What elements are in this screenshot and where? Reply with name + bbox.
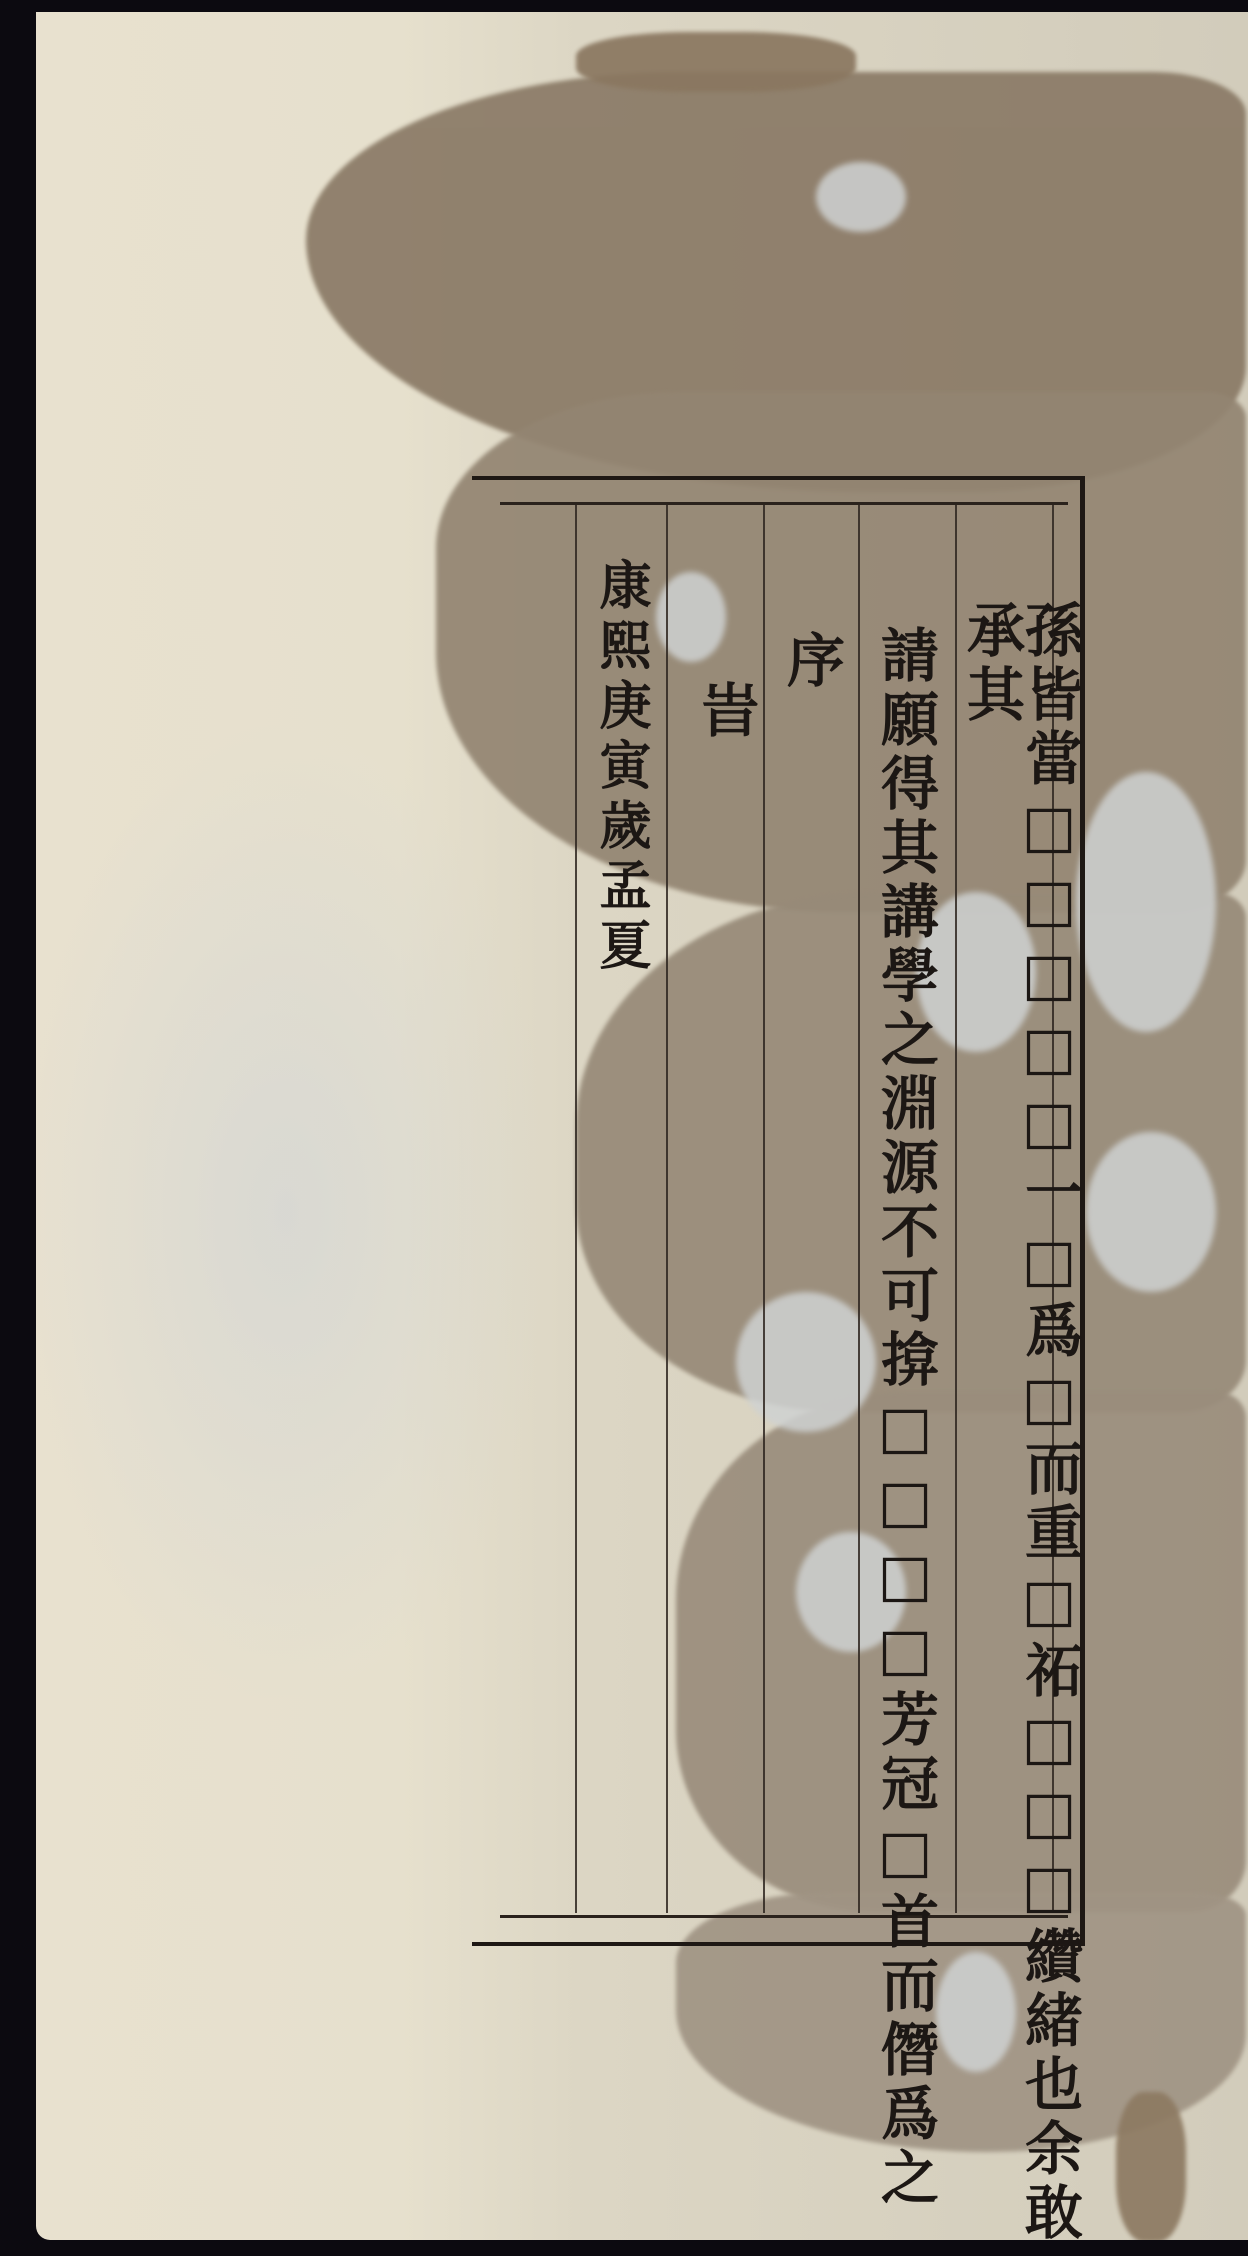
text-column-2: 請願得其講學之淵源不可揜□□□□芳冠□首而僭爲之 bbox=[876, 625, 934, 2211]
stain-blotch bbox=[1076, 772, 1216, 1032]
stain-blotch bbox=[816, 162, 906, 232]
column-rule bbox=[763, 505, 765, 1913]
date-line: 康熙庚寅歲孟夏 bbox=[594, 558, 646, 978]
text-column-1: 孫皆當□□□□□一□爲□而重□祏□□□纘緒也余敢承其 bbox=[962, 600, 1078, 2256]
text-column-preface-char: 序 bbox=[782, 630, 840, 694]
water-stain bbox=[576, 32, 856, 92]
water-stain bbox=[1116, 2092, 1186, 2240]
column-rule bbox=[858, 505, 860, 1913]
column-rule bbox=[666, 505, 668, 1913]
text-column-time-char: 旹 bbox=[696, 680, 754, 744]
scanned-page-image: 孫皆當□□□□□一□爲□而重□祏□□□纘緒也余敢承其 請願得其講學之淵源不可揜□… bbox=[0, 0, 1248, 2256]
column-rule bbox=[575, 505, 577, 1913]
stain-blotch bbox=[1086, 1132, 1216, 1292]
